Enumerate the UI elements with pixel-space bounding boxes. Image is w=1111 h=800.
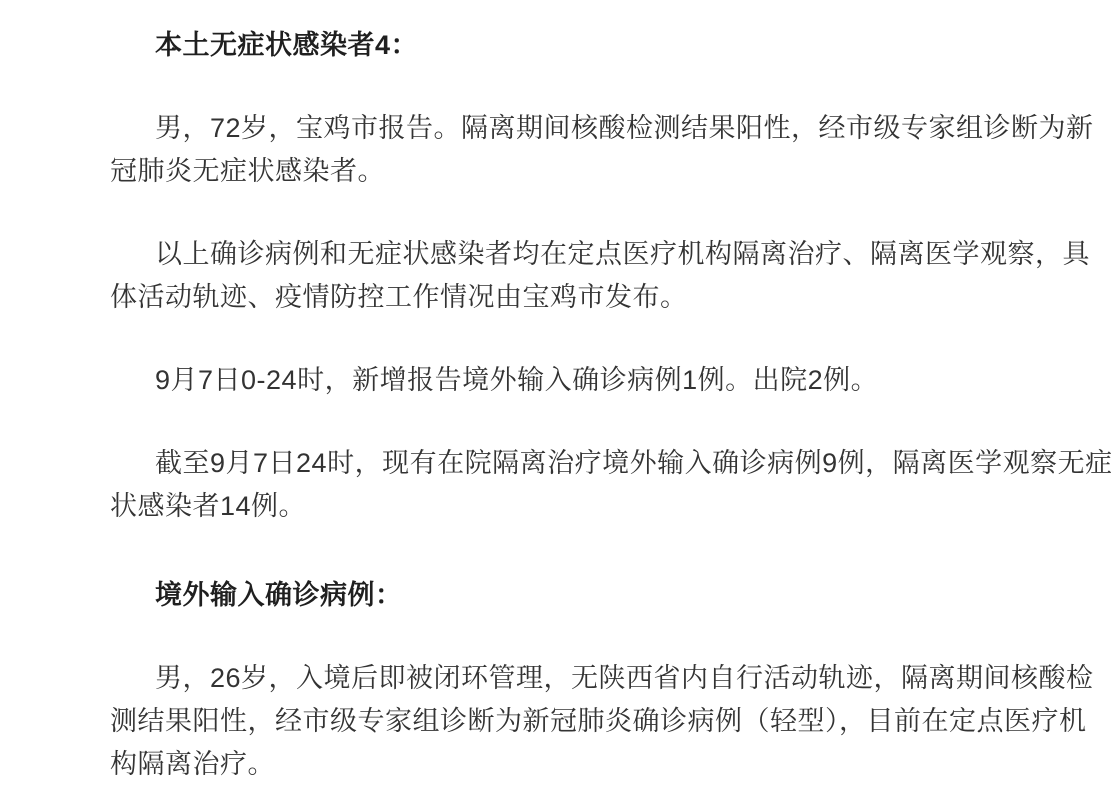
paragraph-line: 冠肺炎无症状感染者。: [110, 150, 1093, 193]
paragraph-line: 测结果阳性，经市级专家组诊断为新冠肺炎确诊病例（轻型），目前在定点医疗机: [110, 700, 1093, 743]
paragraph-line: 男，72岁，宝鸡市报告。隔离期间核酸检测结果阳性，经市级专家组诊断为新: [110, 107, 1093, 150]
paragraph-new-imported-cases: 9月7日0-24时，新增报告境外输入确诊病例1例。出院2例。: [110, 359, 1093, 402]
heading-local-asymptomatic-cases: 本土无症状感染者4：: [110, 24, 1093, 67]
paragraph-current-counts: 截至9月7日24时，现有在院隔离治疗境外输入确诊病例9例，隔离医学观察无症 状感…: [110, 442, 1093, 528]
paragraph-treatment-note: 以上确诊病例和无症状感染者均在定点医疗机构隔离治疗、隔离医学观察，具 体活动轨迹…: [110, 233, 1093, 319]
paragraph-line: 以上确诊病例和无症状感染者均在定点医疗机构隔离治疗、隔离医学观察，具: [110, 233, 1093, 276]
heading-imported-confirmed-cases: 境外输入确诊病例：: [110, 574, 1093, 617]
paragraph-line: 构隔离治疗。: [110, 743, 1093, 786]
paragraph-line: 体活动轨迹、疫情防控工作情况由宝鸡市发布。: [110, 276, 1093, 319]
heading-text: 本土无症状感染者4：: [155, 24, 1093, 67]
paragraph-line: 截至9月7日24时，现有在院隔离治疗境外输入确诊病例9例，隔离医学观察无症: [110, 442, 1093, 485]
paragraph-line: 9月7日0-24时，新增报告境外输入确诊病例1例。出院2例。: [110, 359, 1093, 402]
heading-text: 境外输入确诊病例：: [155, 574, 1093, 617]
paragraph-line: 状感染者14例。: [110, 485, 1093, 528]
paragraph-case-male-72: 男，72岁，宝鸡市报告。隔离期间核酸检测结果阳性，经市级专家组诊断为新 冠肺炎无…: [110, 107, 1093, 193]
paragraph-case-male-26: 男，26岁，入境后即被闭环管理，无陕西省内自行活动轨迹，隔离期间核酸检 测结果阳…: [110, 657, 1093, 786]
article-page: 本土无症状感染者4： 男，72岁，宝鸡市报告。隔离期间核酸检测结果阳性，经市级专…: [0, 0, 1111, 800]
paragraph-line: 男，26岁，入境后即被闭环管理，无陕西省内自行活动轨迹，隔离期间核酸检: [110, 657, 1093, 700]
